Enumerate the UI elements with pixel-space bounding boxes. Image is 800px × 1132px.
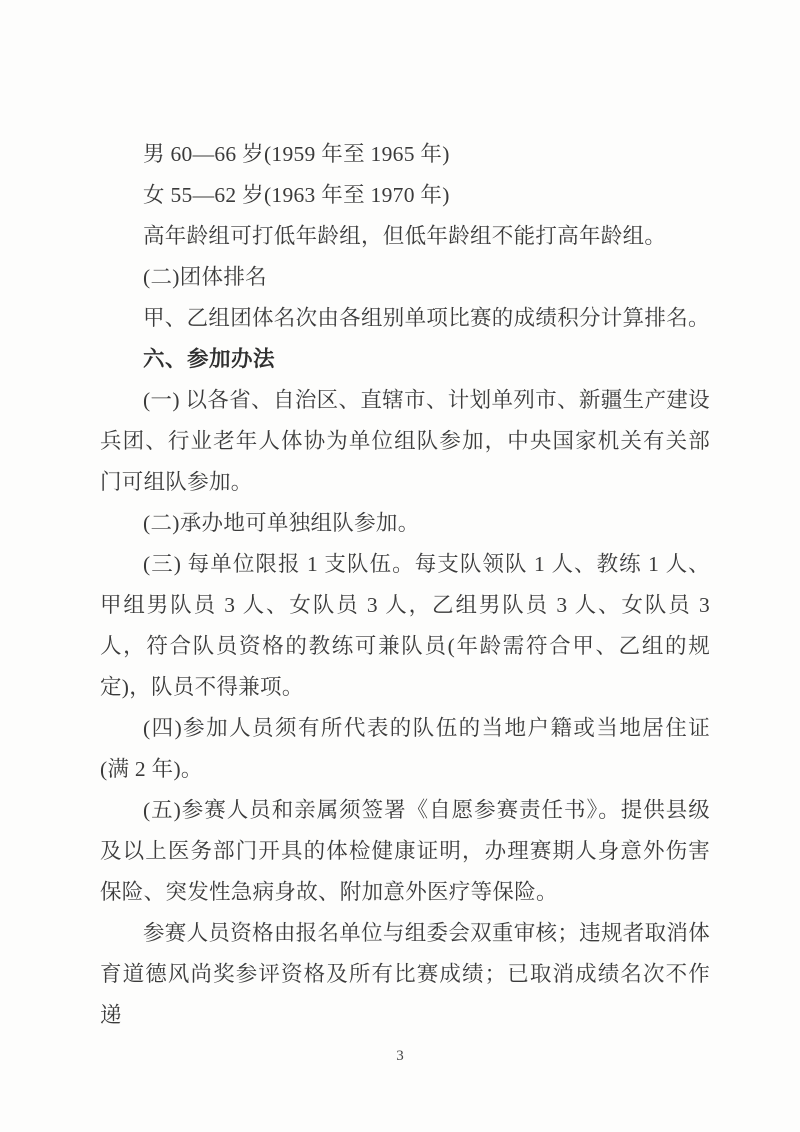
line-female-age-group: 女 55—62 岁(1963 年至 1970 年): [100, 175, 710, 216]
paragraph-item-5-waiver-insurance: (五)参赛人员和亲属须签署《自愿参赛责任书》。提供县级及以上医务部门开具的体检健…: [100, 790, 710, 913]
document-page: 男 60—66 岁(1959 年至 1965 年) 女 55—62 岁(1963…: [0, 0, 800, 1132]
paragraph-team-ranking-method: 甲、乙组团体名次由各组别单项比赛的成绩积分计算排名。: [100, 298, 710, 339]
document-body: 男 60—66 岁(1959 年至 1965 年) 女 55—62 岁(1963…: [100, 134, 710, 1036]
subheading-team-ranking: (二)团体排名: [100, 257, 710, 298]
line-male-age-group: 男 60—66 岁(1959 年至 1965 年): [100, 134, 710, 175]
section-heading-participation-method: 六、参加办法: [100, 339, 710, 380]
paragraph-item-3-team-roster: (三) 每单位限报 1 支队伍。每支队领队 1 人、教练 1 人、甲组男队员 3…: [100, 544, 710, 708]
page-number: 3: [0, 1048, 800, 1065]
paragraph-item-1-unit-teams: (一) 以各省、自治区、直辖市、计划单列市、新疆生产建设兵团、行业老年人体协为单…: [100, 380, 710, 503]
paragraph-age-group-rules: 高年龄组可打低年龄组，但低年龄组不能打高年龄组。: [100, 216, 710, 257]
paragraph-eligibility-review: 参赛人员资格由报名单位与组委会双重审核；违规者取消体育道德风尚奖参评资格及所有比…: [100, 913, 710, 1036]
paragraph-item-2-host-team: (二)承办地可单独组队参加。: [100, 503, 710, 544]
paragraph-item-4-residency: (四)参加人员须有所代表的队伍的当地户籍或当地居住证(满 2 年)。: [100, 708, 710, 790]
